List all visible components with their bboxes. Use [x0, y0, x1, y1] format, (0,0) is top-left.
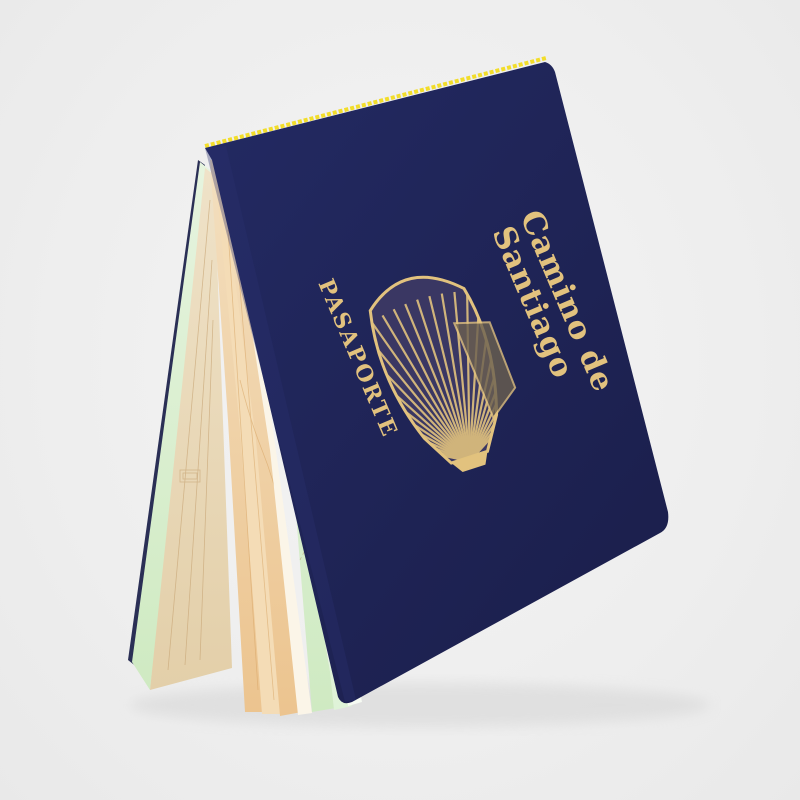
table-shadow	[130, 683, 710, 727]
passport-photo: Camino de Santiago PASAPORTE	[0, 0, 800, 800]
